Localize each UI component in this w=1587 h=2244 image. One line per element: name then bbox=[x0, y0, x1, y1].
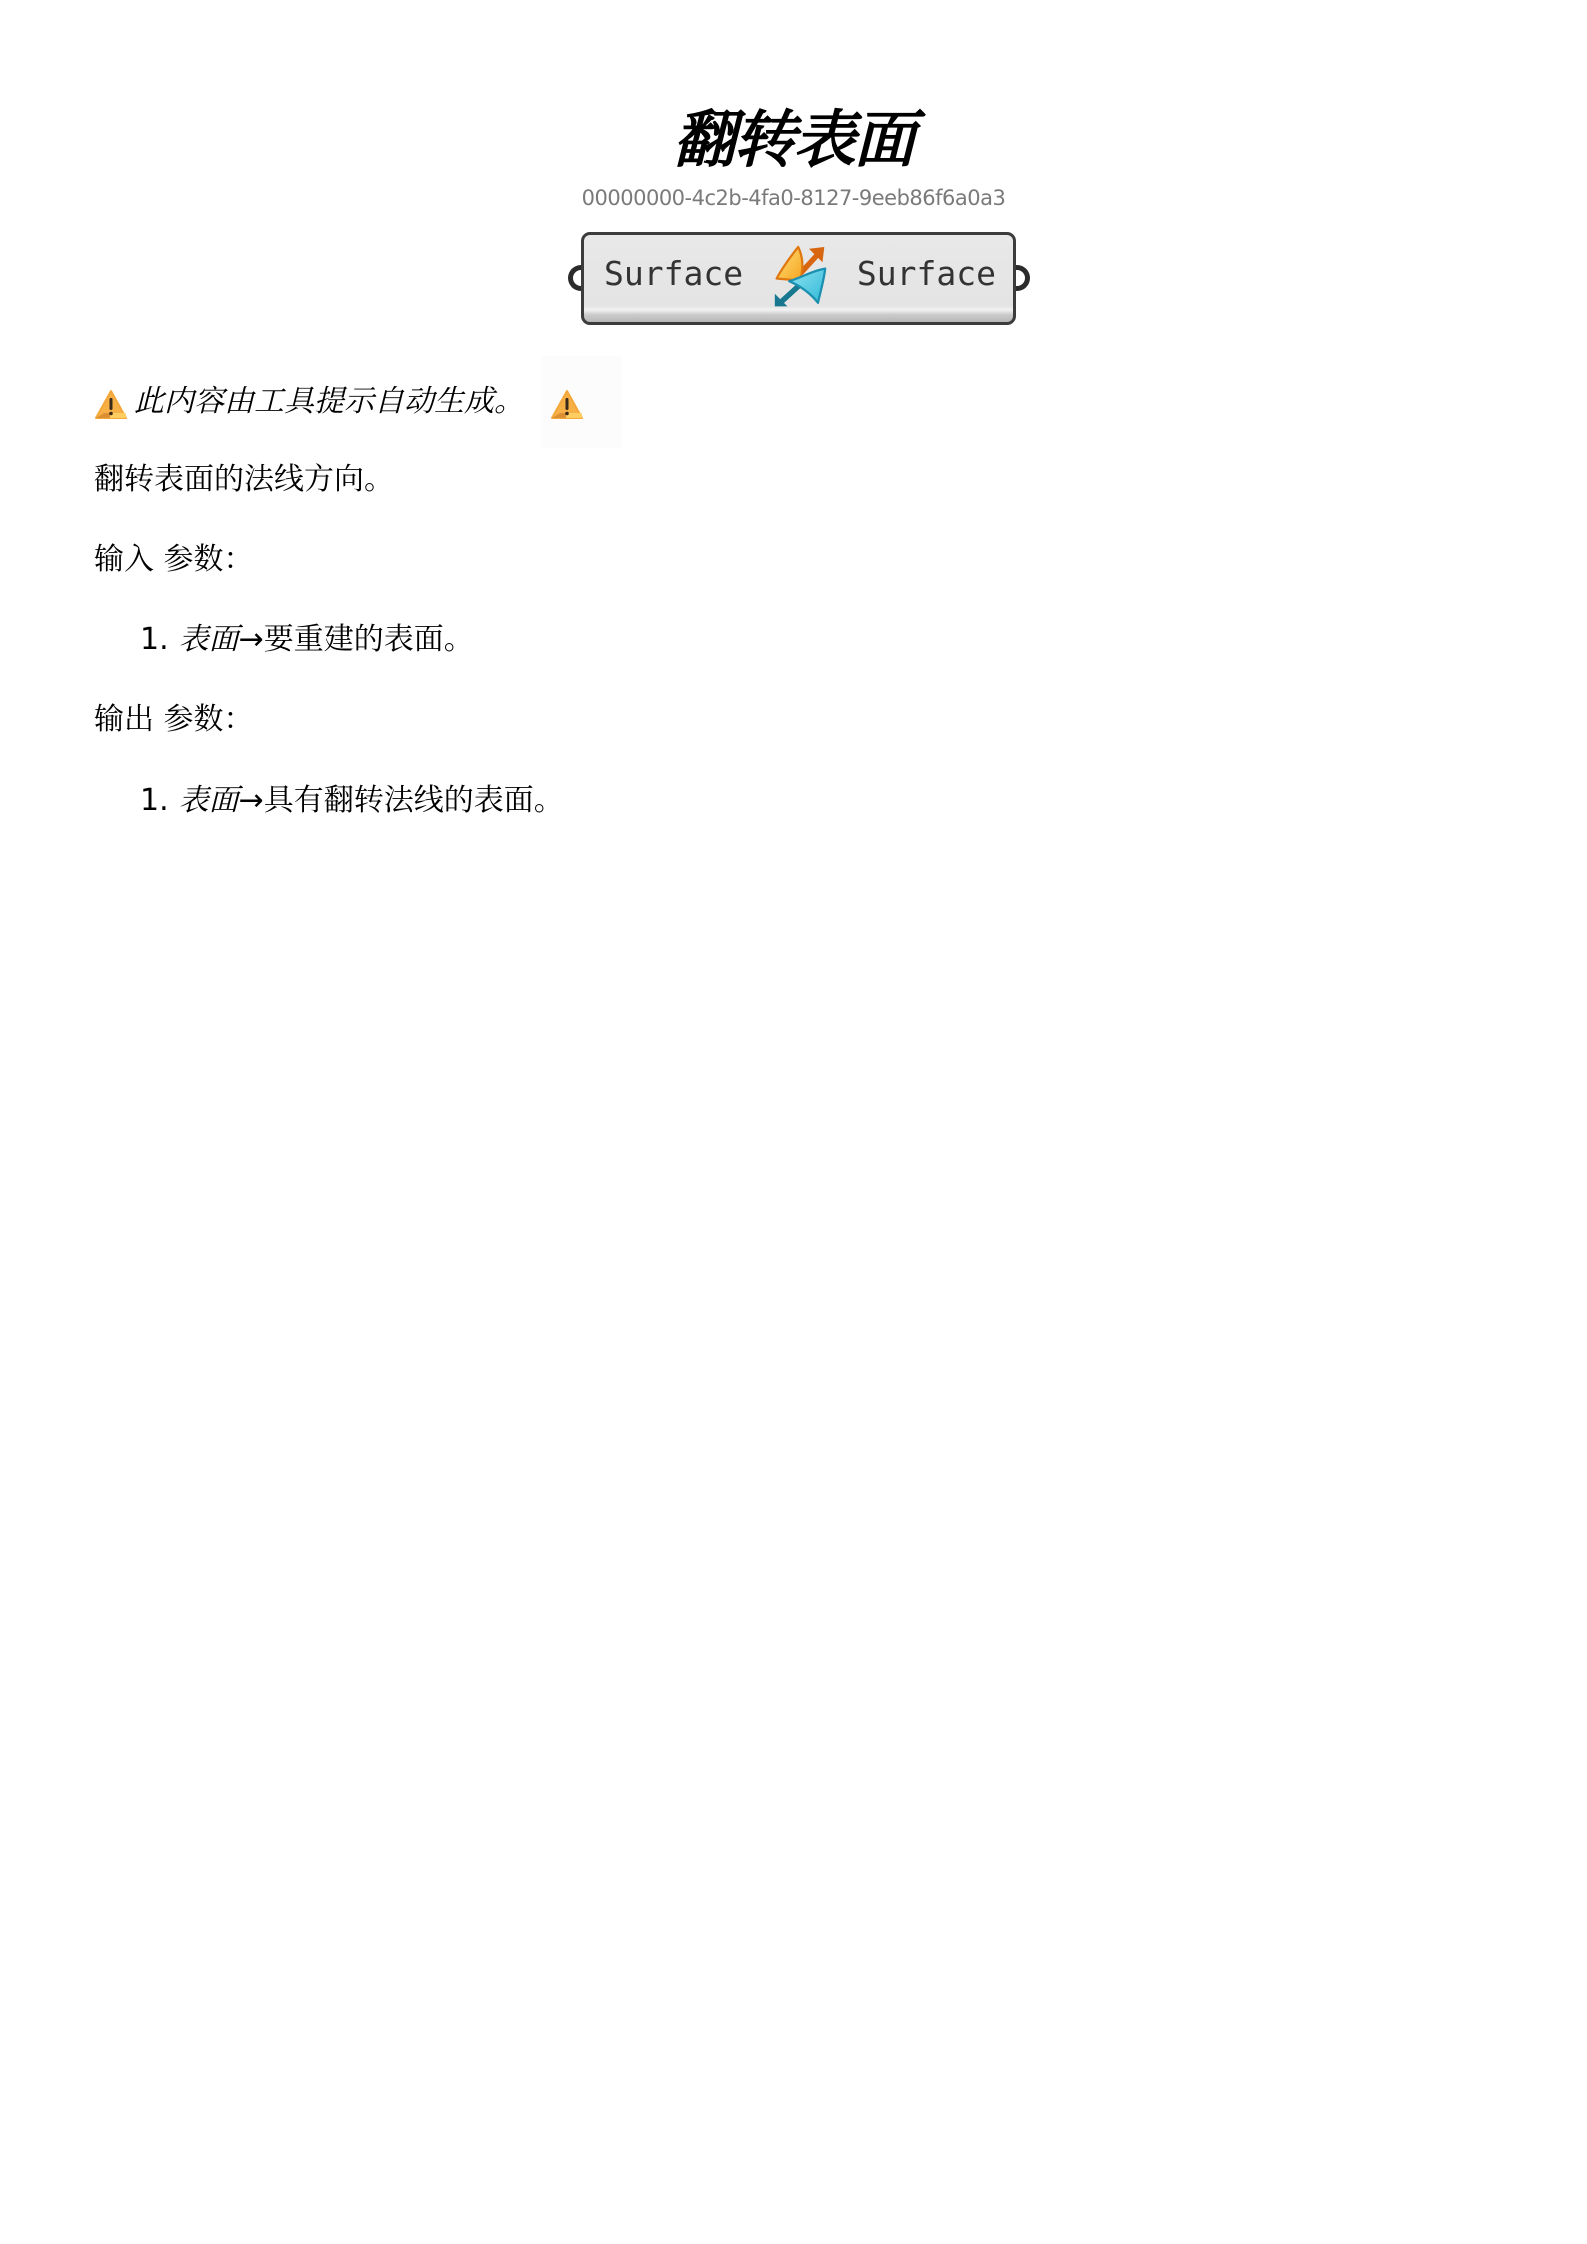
component-guid: 00000000-4c2b-4fa0-8127-9eeb86f6a0a3 bbox=[0, 184, 1587, 212]
notice-text: 此内容由工具提示自动生成。 bbox=[134, 382, 524, 422]
list-number: 1. bbox=[140, 622, 169, 657]
output-grip[interactable] bbox=[1016, 265, 1030, 291]
input-grip[interactable] bbox=[568, 265, 582, 291]
output-port-label: Surface bbox=[857, 254, 996, 294]
inputs-heading: 输入 参数： bbox=[94, 540, 254, 580]
input-param-item: 1.表面→要重建的表面。 bbox=[140, 620, 474, 660]
arrow-glyph: → bbox=[239, 783, 264, 818]
outputs-heading: 输出 参数： bbox=[94, 700, 254, 740]
warning-icon bbox=[550, 389, 584, 421]
param-name: 表面 bbox=[179, 622, 239, 657]
auto-generated-notice: 此内容由工具提示自动生成。 bbox=[94, 378, 622, 426]
param-name: 表面 bbox=[179, 783, 239, 818]
component-body[interactable]: Surface Surface bbox=[581, 232, 1016, 325]
warning-icon bbox=[94, 389, 128, 421]
component-node: Surface Surface bbox=[566, 232, 1032, 326]
page-title: 翻转表面 bbox=[0, 100, 1587, 180]
output-param-item: 1.表面→具有翻转法线的表面。 bbox=[140, 781, 564, 821]
flip-surface-icon bbox=[764, 238, 836, 310]
arrow-glyph: → bbox=[239, 622, 264, 657]
param-description: 具有翻转法线的表面。 bbox=[264, 783, 564, 818]
param-description: 要重建的表面。 bbox=[264, 622, 474, 657]
warning-icon-container bbox=[542, 356, 622, 448]
input-port-label: Surface bbox=[604, 254, 743, 294]
list-number: 1. bbox=[140, 783, 169, 818]
component-description: 翻转表面的法线方向。 bbox=[94, 460, 394, 500]
